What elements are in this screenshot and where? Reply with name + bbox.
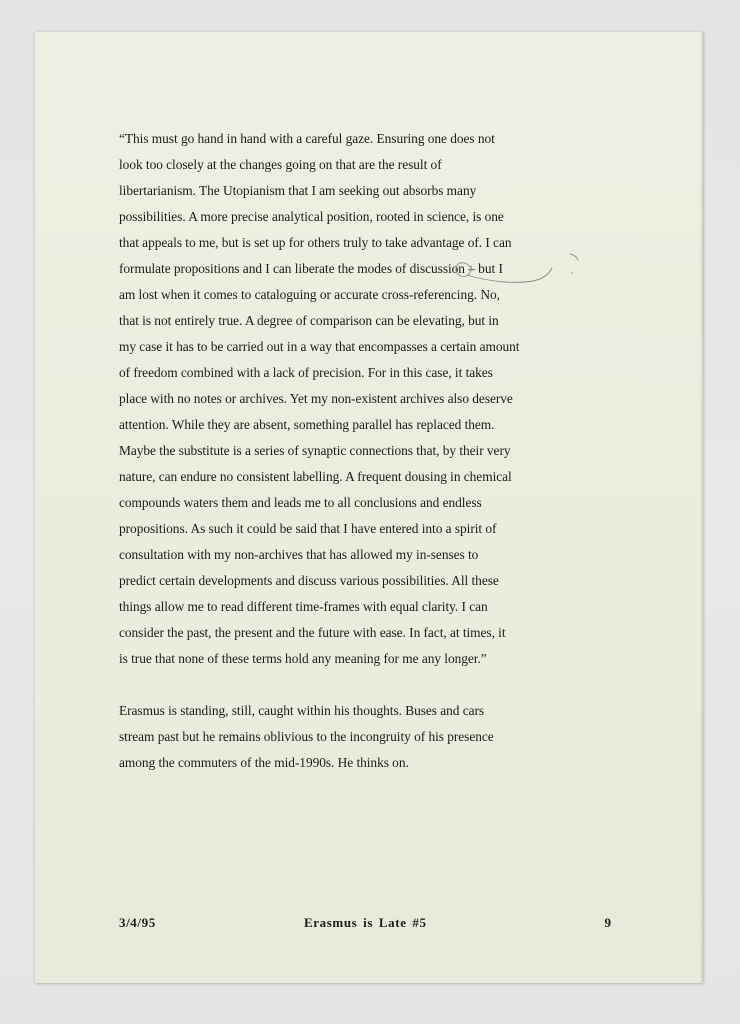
text-line: “This must go hand in hand with a carefu… xyxy=(119,126,599,152)
text-line: formulate propositions and I can liberat… xyxy=(119,256,599,282)
text-line: Maybe the substitute is a series of syna… xyxy=(119,438,599,464)
text-line: that appeals to me, but is set up for ot… xyxy=(119,230,599,256)
paragraph-narration: Erasmus is standing, still, caught withi… xyxy=(119,698,599,776)
page-footer: 3/4/95 Erasmus is Late #5 9 xyxy=(119,915,611,935)
text-line: predict certain developments and discuss… xyxy=(119,568,599,594)
footer-title: Erasmus is Late #5 xyxy=(304,915,427,931)
paragraph-quote: “This must go hand in hand with a carefu… xyxy=(119,126,599,672)
text-line: stream past but he remains oblivious to … xyxy=(119,724,599,750)
text-line: that is not entirely true. A degree of c… xyxy=(119,308,599,334)
text-line: possibilities. A more precise analytical… xyxy=(119,204,599,230)
text-line: libertarianism. The Utopianism that I am… xyxy=(119,178,599,204)
text-line: attention. While they are absent, someth… xyxy=(119,412,599,438)
text-line: propositions. As such it could be said t… xyxy=(119,516,599,542)
text-line: among the commuters of the mid-1990s. He… xyxy=(119,750,599,776)
text-line: things allow me to read different time-f… xyxy=(119,594,599,620)
text-line: nature, can endure no consistent labelli… xyxy=(119,464,599,490)
footer-date: 3/4/95 xyxy=(119,915,156,931)
text-line: am lost when it comes to cataloguing or … xyxy=(119,282,599,308)
text-line: consultation with my non-archives that h… xyxy=(119,542,599,568)
text-line: place with no notes or archives. Yet my … xyxy=(119,386,599,412)
body-text: “This must go hand in hand with a carefu… xyxy=(119,126,599,776)
page-number: 9 xyxy=(605,915,612,931)
text-line: is true that none of these terms hold an… xyxy=(119,646,599,672)
text-line: compounds waters them and leads me to al… xyxy=(119,490,599,516)
text-line: consider the past, the present and the f… xyxy=(119,620,599,646)
text-line: my case it has to be carried out in a wa… xyxy=(119,334,599,360)
paragraph-spacer xyxy=(119,672,599,698)
text-line: of freedom combined with a lack of preci… xyxy=(119,360,599,386)
paper-sheet: “This must go hand in hand with a carefu… xyxy=(35,32,703,983)
text-line: look too closely at the changes going on… xyxy=(119,152,599,178)
text-line: Erasmus is standing, still, caught withi… xyxy=(119,698,599,724)
